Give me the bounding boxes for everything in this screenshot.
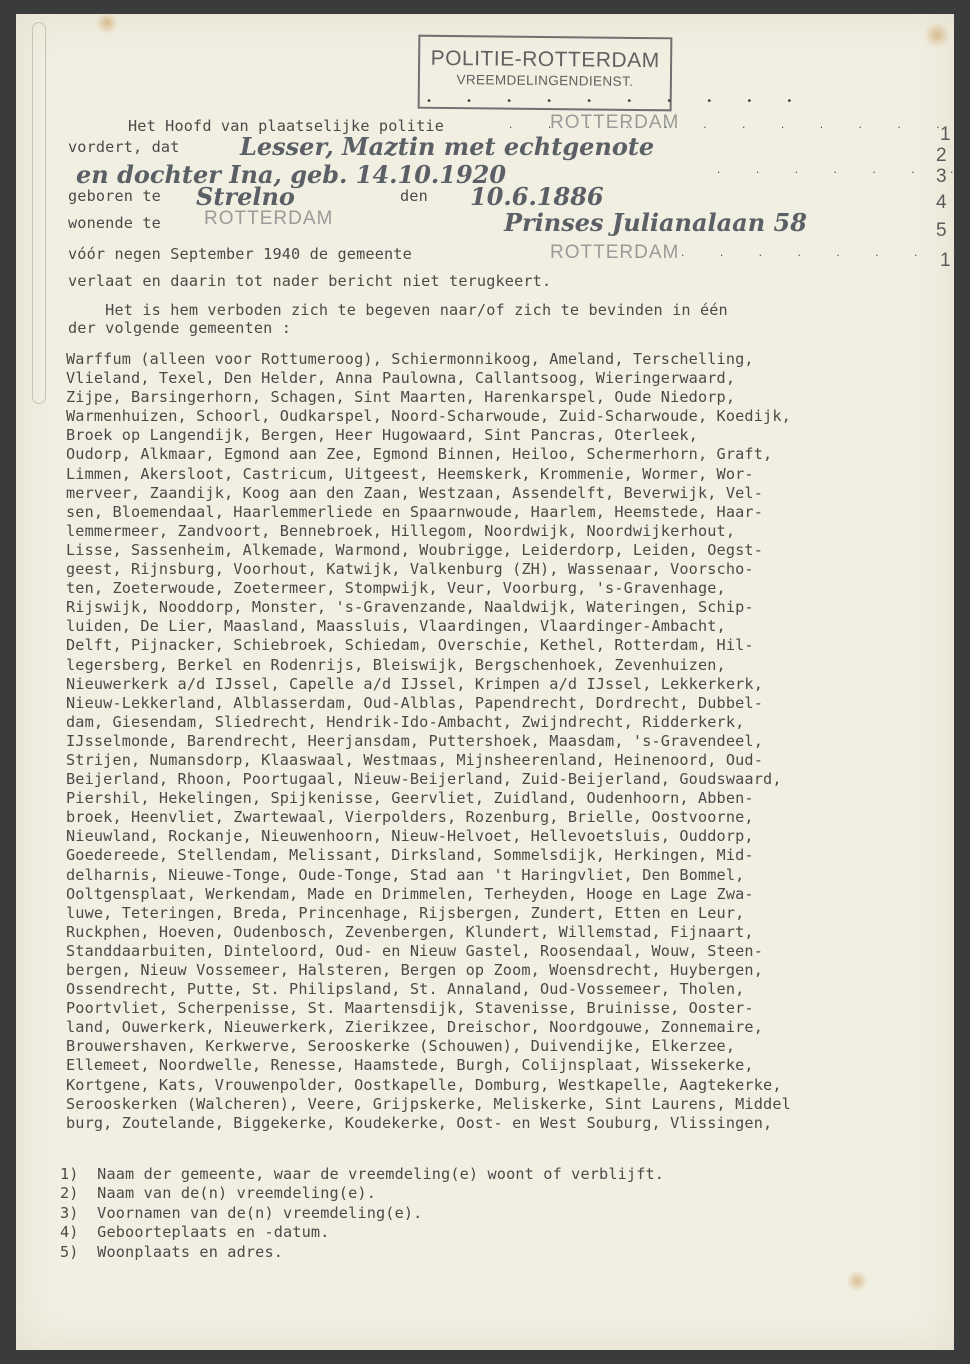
municipalities-line: Lisse, Sassenheim, Alkemade, Warmond, Wo… xyxy=(66,541,946,560)
footnote: 2) Naam van de(n) vreemdeling(e). xyxy=(60,1184,664,1203)
form-row-2-handwritten: Lesser, Maztin met echtgenote xyxy=(240,132,654,161)
municipalities-line: ten, Zoeterwoude, Zoetermeer, Stompwijk,… xyxy=(66,579,946,598)
municipalities-line: land, Ouwerkerk, Nieuwerkerk, Zierikzee,… xyxy=(66,1018,946,1037)
municipalities-line: burg, Zoutelande, Biggekerke, Koudekerke… xyxy=(66,1114,946,1133)
municipalities-line: Poortvliet, Scherpenisse, St. Maartensdi… xyxy=(66,999,946,1018)
municipalities-line: Rijswijk, Nooddorp, Monster, 's-Gravenza… xyxy=(66,598,946,617)
footnotes: 1) Naam der gemeente, waar de vreemdelin… xyxy=(60,1165,664,1262)
prohibition-line-1: Het is hem verboden zich te begeven naar… xyxy=(68,301,728,319)
municipalities-line: Beijerland, Rhoon, Poortugaal, Nieuw-Bei… xyxy=(66,770,946,789)
municipalities-line: Nieuw-Lekkerland, Alblasserdam, Oud-Albl… xyxy=(66,694,946,713)
municipalities-line: Nieuwland, Rockanje, Nieuwenhoorn, Nieuw… xyxy=(66,827,946,846)
municipalities-line: Ooltgensplaat, Werkendam, Made en Drimme… xyxy=(66,885,946,904)
paper-stain xyxy=(96,12,118,34)
municipalities-line: Strijen, Numansdorp, Klaaswaal, Westmaas… xyxy=(66,751,946,770)
form-row-6-stamp: ROTTERDAM xyxy=(550,242,679,264)
municipalities-line: Warmenhuizen, Schoorl, Oudkarspel, Noord… xyxy=(66,407,946,426)
municipalities-line: Goedereede, Stellendam, Melissant, Dirks… xyxy=(66,846,946,865)
dotted-rule: • • • • • • • • • • xyxy=(426,96,806,107)
municipalities-line: Delft, Pijnacker, Schiebroek, Schiedam, … xyxy=(66,636,946,655)
municipalities-line: Oudorp, Alkmaar, Egmond aan Zee, Egmond … xyxy=(66,445,946,464)
form-row-6-label: vóór negen September 1940 de gemeente xyxy=(68,245,412,263)
closing-line: verlaat en daarin tot nader bericht niet… xyxy=(68,272,551,290)
municipalities-line: Limmen, Akersloot, Castricum, Uitgeest, … xyxy=(66,465,946,484)
line-number: 4 xyxy=(936,192,947,214)
stamp-title: POLITIE-ROTTERDAM xyxy=(420,47,670,74)
form-row-5-stamp: ROTTERDAM xyxy=(204,208,333,230)
municipalities-line: broek, Heenvliet, Zwartewaal, Vierpolder… xyxy=(66,808,946,827)
form-row-5-address: Prinses Julianalaan 58 xyxy=(504,208,807,237)
line-number: 1 xyxy=(940,250,951,272)
stamp-subtitle: VREEMDELINGENDIENST. xyxy=(420,72,670,90)
margin-ruling xyxy=(32,22,46,404)
municipalities-line: Ossendrecht, Putte, St. Philipsland, St.… xyxy=(66,980,946,999)
municipalities-line: lemmermeer, Zandvoort, Bennebroek, Hille… xyxy=(66,522,946,541)
form-row-5-label: wonende te xyxy=(68,214,161,232)
footnote: 3) Voornamen van de(n) vreemdeling(e). xyxy=(60,1204,664,1223)
municipalities-line: Piershil, Hekelingen, Spijkenisse, Geerv… xyxy=(66,789,946,808)
municipalities-line: Ruckphen, Hoeven, Oudenbosch, Zevenberge… xyxy=(66,923,946,942)
dotted-rule: . . . . . . . . . . . . . . . . . . . . … xyxy=(508,121,970,131)
paper-stain xyxy=(924,22,950,48)
municipalities-line: legersberg, Berkel en Rodenrijs, Bleiswi… xyxy=(66,656,946,675)
form-row-4-birthplace: Strelno xyxy=(196,182,295,211)
prohibition-line-2: der volgende gemeenten : xyxy=(68,319,291,337)
footnote: 1) Naam der gemeente, waar de vreemdelin… xyxy=(60,1165,664,1184)
municipalities-list: Warffum (alleen voor Rottumeroog), Schie… xyxy=(66,350,946,1133)
municipalities-line: dam, Giesendam, Sliedrecht, Hendrik-Ido-… xyxy=(66,713,946,732)
municipalities-line: sen, Bloemendaal, Haarlemmerliede en Spa… xyxy=(66,503,946,522)
municipalities-line: luiden, De Lier, Maasland, Maassluis, Vl… xyxy=(66,617,946,636)
footnote: 4) Geboorteplaats en -datum. xyxy=(60,1223,664,1242)
municipalities-line: Nieuwerkerk a/d IJssel, Capelle a/d IJss… xyxy=(66,675,946,694)
form-row-4-birthdate: 10.6.1886 xyxy=(470,182,604,211)
municipalities-line: Zijpe, Barsingerhorn, Schagen, Sint Maar… xyxy=(66,388,946,407)
paper-stain xyxy=(846,1270,868,1292)
municipalities-line: IJsselmonde, Barendrecht, Heerjansdam, P… xyxy=(66,732,946,751)
dotted-rule: . . . . . . . . . . xyxy=(716,166,970,176)
municipalities-line: Vlieland, Texel, Den Helder, Anna Paulow… xyxy=(66,369,946,388)
municipalities-line: Serooskerken (Walcheren), Veere, Grijpsk… xyxy=(66,1095,946,1114)
municipalities-line: luwe, Teteringen, Breda, Princenhage, Ri… xyxy=(66,904,946,923)
municipalities-line: merveer, Zaandijk, Koog aan den Zaan, We… xyxy=(66,484,946,503)
municipalities-line: Brouwershaven, Kerkwerve, Serooskerke (S… xyxy=(66,1037,946,1056)
line-number: 3 xyxy=(936,166,947,188)
form-row-4-den-label: den xyxy=(400,187,428,205)
municipalities-line: Warffum (alleen voor Rottumeroog), Schie… xyxy=(66,350,946,369)
dotted-rule: . . . . . . . . . . . . . . xyxy=(680,249,970,259)
municipalities-line: Kortgene, Kats, Vrouwenpolder, Oostkapel… xyxy=(66,1076,946,1095)
line-number: 5 xyxy=(936,220,947,242)
footnote: 5) Woonplaats en adres. xyxy=(60,1243,664,1262)
municipalities-line: delharnis, Nieuwe-Tonge, Oude-Tonge, Sta… xyxy=(66,866,946,885)
municipalities-line: Standdaarbuiten, Dinteloord, Oud- en Nie… xyxy=(66,942,946,961)
municipalities-line: geest, Rijnsburg, Voorhout, Katwijk, Val… xyxy=(66,560,946,579)
municipalities-line: Broek op Langendijk, Bergen, Heer Hugowa… xyxy=(66,426,946,445)
line-number: 2 xyxy=(936,145,947,167)
municipalities-line: Ellemeet, Noordwelle, Renesse, Haamstede… xyxy=(66,1056,946,1075)
form-row-4-label: geboren te xyxy=(68,187,161,205)
municipalities-line: bergen, Nieuw Vossemeer, Halsteren, Berg… xyxy=(66,961,946,980)
form-row-2-label: vordert, dat xyxy=(68,138,180,156)
line-number: 1 xyxy=(940,124,951,146)
